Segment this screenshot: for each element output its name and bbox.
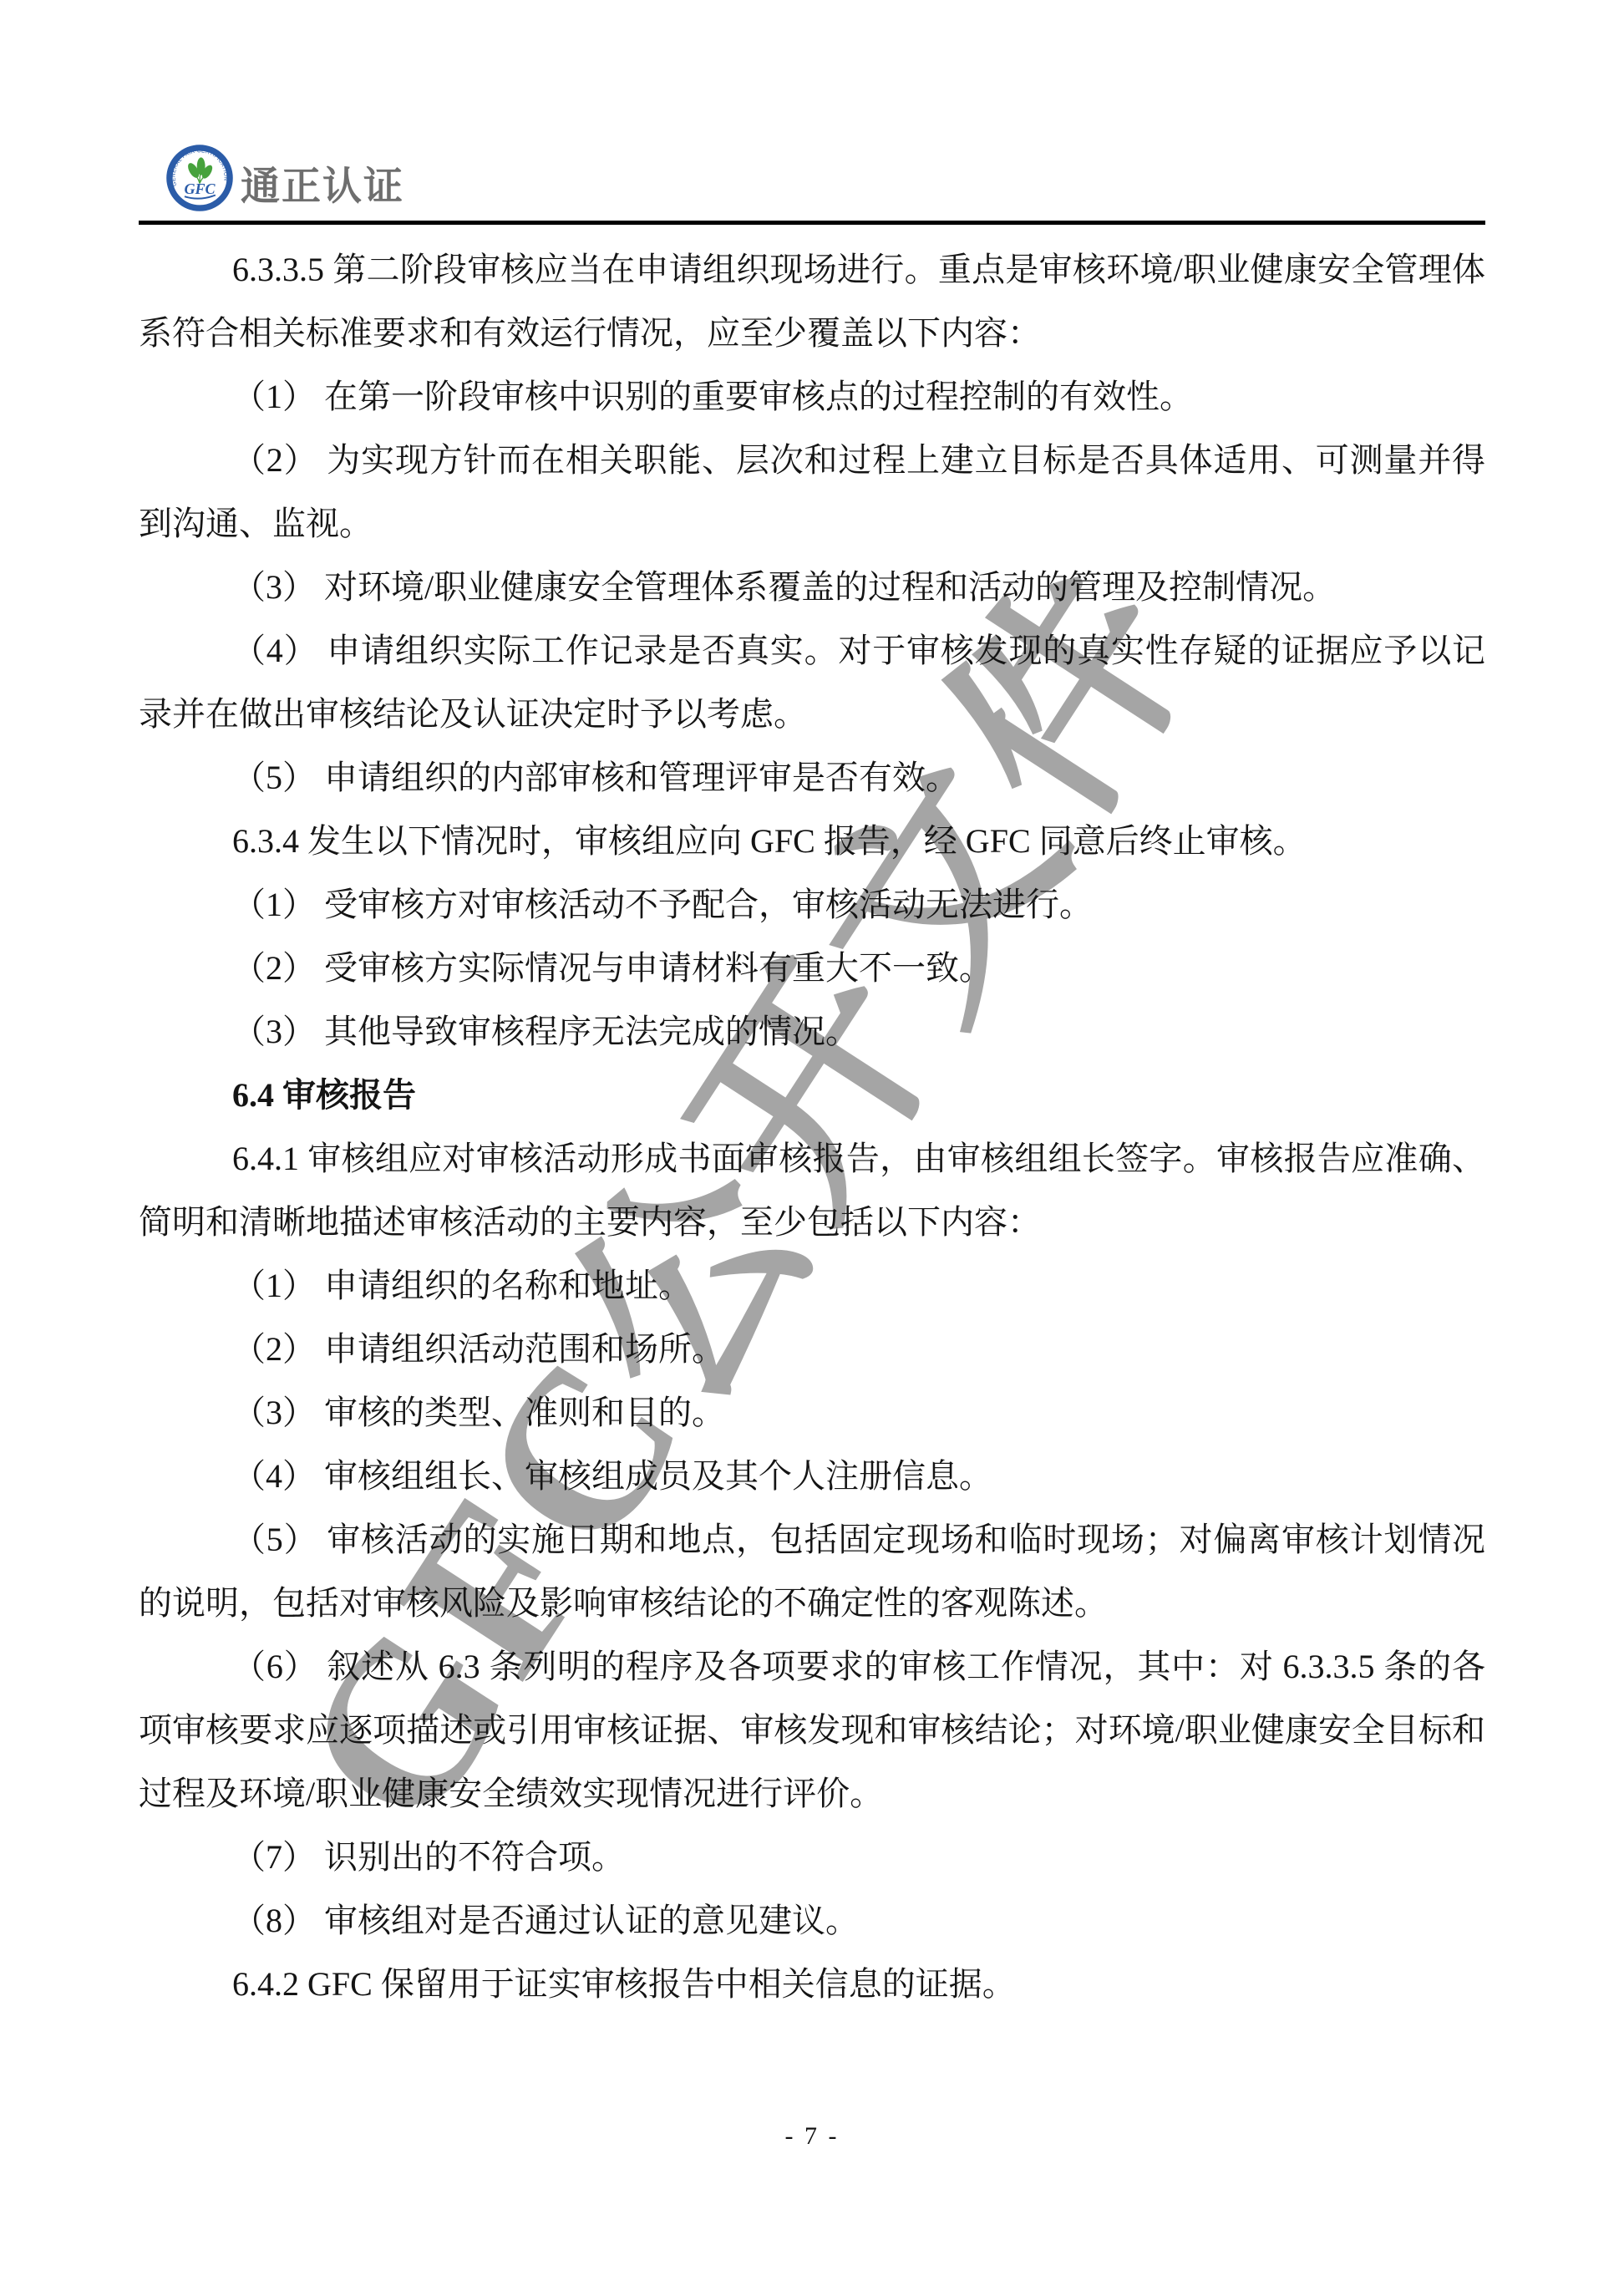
logo-monogram: GFC: [184, 180, 216, 197]
paragraph: （3） 审核的类型、准则和目的。: [139, 1381, 1485, 1445]
paragraph: 6.4.1 审核组应对审核活动形成书面审核报告，由审核组组长签字。审核报告应准确…: [139, 1127, 1485, 1254]
paragraph: 6.3.3.5 第二阶段审核应当在申请组织现场进行。重点是审核环境/职业健康安全…: [139, 238, 1485, 365]
gfc-logo-icon: GENERAL FAIR CERTIFICATION GFC: [165, 144, 234, 212]
paragraph: （2） 受审核方实际情况与申请材料有重大不一致。: [139, 937, 1485, 1000]
paragraph: （3） 对环境/职业健康安全管理体系覆盖的过程和活动的管理及控制情况。: [139, 556, 1485, 619]
header-divider: [139, 221, 1485, 225]
paragraph: （3） 其他导致审核程序无法完成的情况。: [139, 1000, 1485, 1064]
paragraph: （1） 申请组织的名称和地址。: [139, 1254, 1485, 1318]
logo-lockup: GENERAL FAIR CERTIFICATION GFC 通正认证: [165, 144, 404, 212]
paragraph: （2） 为实现方针而在相关职能、层次和过程上建立目标是否具体适用、可测量并得到沟…: [139, 429, 1485, 556]
paragraph: （2） 申请组织活动范围和场所。: [139, 1318, 1485, 1381]
paragraph: （7） 识别出的不符合项。: [139, 1826, 1485, 1889]
paragraph: （8） 审核组对是否通过认证的意见建议。: [139, 1889, 1485, 1953]
paragraph: （6） 叙述从 6.3 条列明的程序及各项要求的审核工作情况，其中：对 6.3.…: [139, 1635, 1485, 1826]
paragraph: （1） 受审核方对审核活动不予配合，审核活动无法进行。: [139, 873, 1485, 937]
paragraph: （4） 申请组织实际工作记录是否真实。对于审核发现的真实性存疑的证据应予以记录并…: [139, 619, 1485, 746]
brand-text: 通正认证: [241, 165, 404, 207]
paragraph: （5） 申请组织的内部审核和管理评审是否有效。: [139, 746, 1485, 810]
paragraph: 6.4.2 GFC 保留用于证实审核报告中相关信息的证据。: [139, 1953, 1485, 2016]
paragraph: （1） 在第一阶段审核中识别的重要审核点的过程控制的有效性。: [139, 365, 1485, 429]
paragraph: （4） 审核组组长、审核组成员及其个人注册信息。: [139, 1445, 1485, 1508]
document-body: 6.3.3.5 第二阶段审核应当在申请组织现场进行。重点是审核环境/职业健康安全…: [139, 238, 1485, 2016]
paragraph: 6.4 审核报告: [139, 1064, 1485, 1127]
page-number: - 7 -: [0, 2122, 1624, 2151]
document-page: GFC公开文件 GENERAL FAIR CERTIFICATION: [0, 0, 1624, 2296]
paragraph: （5） 审核活动的实施日期和地点，包括固定现场和临时现场；对偏离审核计划情况的说…: [139, 1508, 1485, 1635]
paragraph: 6.3.4 发生以下情况时，审核组应向 GFC 报告，经 GFC 同意后终止审核…: [139, 810, 1485, 873]
